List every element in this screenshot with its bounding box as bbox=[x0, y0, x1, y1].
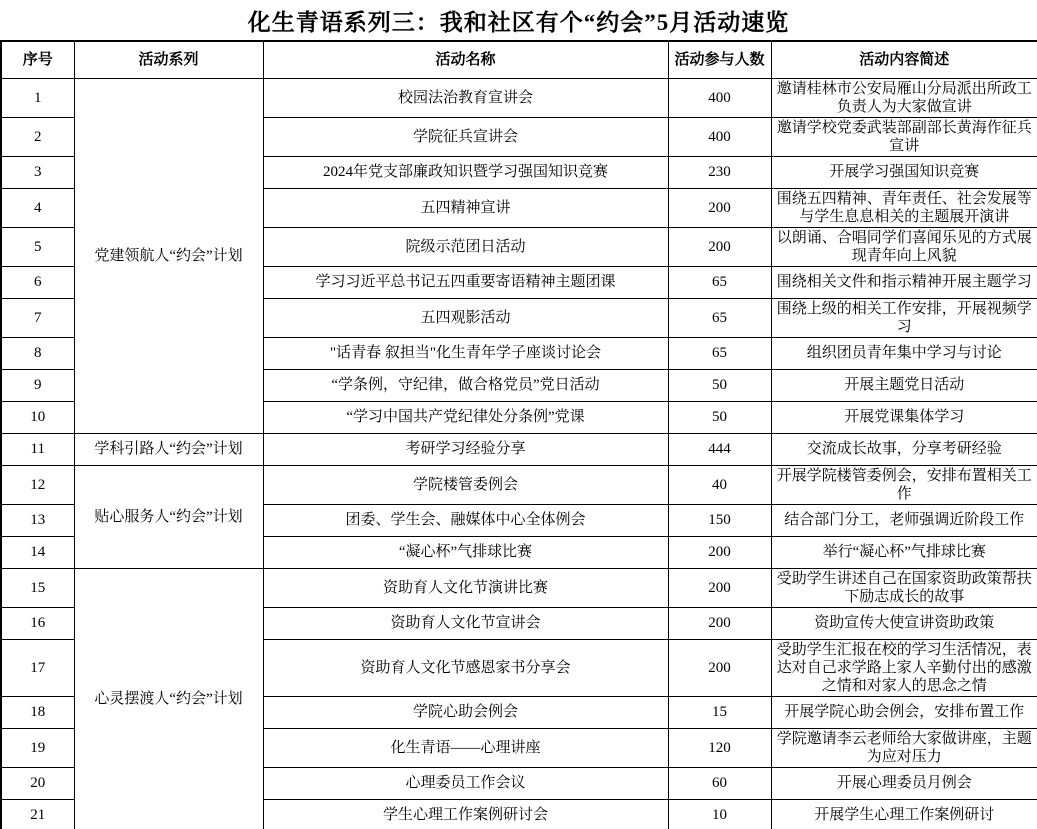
description-cell: 受助学生汇报在校的学习生活情况，表达对自己求学路上家人辛勤付出的感激之情和对家人… bbox=[771, 639, 1037, 696]
description-cell: 开展主题党日活动 bbox=[771, 369, 1037, 401]
row-number-cell: 21 bbox=[1, 799, 74, 829]
description-cell: 围绕上级的相关工作安排，开展视频学习 bbox=[771, 298, 1037, 337]
activity-name-cell: 五四观影活动 bbox=[263, 298, 668, 337]
participant-count-cell: 65 bbox=[668, 266, 771, 298]
description-cell: 受助学生讲述自己在国家资助政策帮扶下励志成长的故事 bbox=[771, 568, 1037, 607]
row-number-cell: 16 bbox=[1, 607, 74, 639]
description-cell: 邀请桂林市公安局雁山分局派出所政工负责人为大家做宣讲 bbox=[771, 78, 1037, 117]
activity-name-cell: “学条例，守纪律，做合格党员”党日活动 bbox=[263, 369, 668, 401]
description-cell: 结合部门分工，老师强调近阶段工作 bbox=[771, 504, 1037, 536]
description-cell: 举行“凝心杯”气排球比赛 bbox=[771, 536, 1037, 568]
activity-name-cell: 资助育人文化节感恩家书分享会 bbox=[263, 639, 668, 696]
description-cell: 资助宣传大使宣讲资助政策 bbox=[771, 607, 1037, 639]
activity-name-cell: 五四精神宣讲 bbox=[263, 188, 668, 227]
description-cell: 开展党课集体学习 bbox=[771, 401, 1037, 433]
header-activity-summary: 活动内容简述 bbox=[771, 41, 1037, 78]
activity-name-cell: 团委、学生会、融媒体中心全体例会 bbox=[263, 504, 668, 536]
participant-count-cell: 400 bbox=[668, 117, 771, 156]
activity-name-cell: 学院征兵宣讲会 bbox=[263, 117, 668, 156]
activity-name-cell: 学院心助会例会 bbox=[263, 696, 668, 728]
activity-name-cell: 学院楼管委例会 bbox=[263, 465, 668, 504]
activity-name-cell: 资助育人文化节演讲比赛 bbox=[263, 568, 668, 607]
participant-count-cell: 400 bbox=[668, 78, 771, 117]
participant-count-cell: 200 bbox=[668, 568, 771, 607]
participant-count-cell: 230 bbox=[668, 156, 771, 188]
participant-count-cell: 200 bbox=[668, 639, 771, 696]
activity-name-cell: 考研学习经验分享 bbox=[263, 433, 668, 465]
activity-name-cell: "话青春 叙担当"化生青年学子座谈讨论会 bbox=[263, 337, 668, 369]
series-cell: 贴心服务人“约会”计划 bbox=[74, 465, 263, 568]
participant-count-cell: 200 bbox=[668, 607, 771, 639]
row-number-cell: 9 bbox=[1, 369, 74, 401]
participant-count-cell: 200 bbox=[668, 188, 771, 227]
description-cell: 开展学院心助会例会，安排布置工作 bbox=[771, 696, 1037, 728]
table-body: 1 党建领航人“约会”计划校园法治教育宣讲会 400 邀请桂林市公安局雁山分局派… bbox=[1, 78, 1037, 829]
participant-count-cell: 60 bbox=[668, 767, 771, 799]
row-number-cell: 8 bbox=[1, 337, 74, 369]
table-row: 15 心灵摆渡人“约会”计划资助育人文化节演讲比赛 200 受助学生讲述自己在国… bbox=[1, 568, 1037, 607]
series-cell: 学科引路人“约会”计划 bbox=[74, 433, 263, 465]
description-cell: 开展学生心理工作案例研讨 bbox=[771, 799, 1037, 829]
activity-name-cell: “学习中国共产党纪律处分条例”党课 bbox=[263, 401, 668, 433]
participant-count-cell: 40 bbox=[668, 465, 771, 504]
description-cell: 组织团员青年集中学习与讨论 bbox=[771, 337, 1037, 369]
description-cell: 学院邀请李云老师给大家做讲座，主题为应对压力 bbox=[771, 728, 1037, 767]
participant-count-cell: 200 bbox=[668, 227, 771, 266]
row-number-cell: 15 bbox=[1, 568, 74, 607]
activity-name-cell: 校园法治教育宣讲会 bbox=[263, 78, 668, 117]
header-activity-series: 活动系列 bbox=[74, 41, 263, 78]
participant-count-cell: 50 bbox=[668, 401, 771, 433]
series-cell: 心灵摆渡人“约会”计划 bbox=[74, 568, 263, 829]
header-participant-count: 活动参与人数 bbox=[668, 41, 771, 78]
row-number-cell: 4 bbox=[1, 188, 74, 227]
row-number-cell: 13 bbox=[1, 504, 74, 536]
activity-name-cell: 资助育人文化节宣讲会 bbox=[263, 607, 668, 639]
table-row: 1 党建领航人“约会”计划校园法治教育宣讲会 400 邀请桂林市公安局雁山分局派… bbox=[1, 78, 1037, 117]
participant-count-cell: 200 bbox=[668, 536, 771, 568]
row-number-cell: 20 bbox=[1, 767, 74, 799]
row-number-cell: 3 bbox=[1, 156, 74, 188]
activity-name-cell: 学生心理工作案例研讨会 bbox=[263, 799, 668, 829]
page-title: 化生青语系列三：我和社区有个“约会”5月活动速览 bbox=[0, 0, 1037, 40]
description-cell: 交流成长故事，分享考研经验 bbox=[771, 433, 1037, 465]
row-number-cell: 17 bbox=[1, 639, 74, 696]
table-row: 11 学科引路人“约会”计划考研学习经验分享 444 交流成长故事，分享考研经验 bbox=[1, 433, 1037, 465]
page: 化生青语系列三：我和社区有个“约会”5月活动速览 序号 活动系列 活动名称 活动… bbox=[0, 0, 1037, 829]
description-cell: 开展学院楼管委例会，安排布置相关工作 bbox=[771, 465, 1037, 504]
row-number-cell: 12 bbox=[1, 465, 74, 504]
row-number-cell: 11 bbox=[1, 433, 74, 465]
header-seq-number: 序号 bbox=[1, 41, 74, 78]
participant-count-cell: 50 bbox=[668, 369, 771, 401]
row-number-cell: 5 bbox=[1, 227, 74, 266]
activity-name-cell: 2024年党支部廉政知识暨学习强国知识竞赛 bbox=[263, 156, 668, 188]
activity-name-cell: “凝心杯”气排球比赛 bbox=[263, 536, 668, 568]
participant-count-cell: 65 bbox=[668, 337, 771, 369]
table-header-row: 序号 活动系列 活动名称 活动参与人数 活动内容简述 bbox=[1, 41, 1037, 78]
row-number-cell: 6 bbox=[1, 266, 74, 298]
description-cell: 以朗诵、合唱同学们喜闻乐见的方式展现青年向上风貌 bbox=[771, 227, 1037, 266]
header-activity-name: 活动名称 bbox=[263, 41, 668, 78]
description-cell: 开展心理委员月例会 bbox=[771, 767, 1037, 799]
activity-table: 序号 活动系列 活动名称 活动参与人数 活动内容简述 1 党建领航人“约会”计划… bbox=[0, 40, 1037, 829]
row-number-cell: 19 bbox=[1, 728, 74, 767]
participant-count-cell: 10 bbox=[668, 799, 771, 829]
row-number-cell: 14 bbox=[1, 536, 74, 568]
participant-count-cell: 120 bbox=[668, 728, 771, 767]
participant-count-cell: 15 bbox=[668, 696, 771, 728]
row-number-cell: 18 bbox=[1, 696, 74, 728]
series-cell: 党建领航人“约会”计划 bbox=[74, 78, 263, 433]
activity-name-cell: 学习习近平总书记五四重要寄语精神主题团课 bbox=[263, 266, 668, 298]
description-cell: 围绕相关文件和指示精神开展主题学习 bbox=[771, 266, 1037, 298]
row-number-cell: 2 bbox=[1, 117, 74, 156]
activity-name-cell: 心理委员工作会议 bbox=[263, 767, 668, 799]
row-number-cell: 10 bbox=[1, 401, 74, 433]
activity-name-cell: 化生青语——心理讲座 bbox=[263, 728, 668, 767]
participant-count-cell: 150 bbox=[668, 504, 771, 536]
description-cell: 围绕五四精神、青年责任、社会发展等与学生息息相关的主题展开演讲 bbox=[771, 188, 1037, 227]
table-row: 12 贴心服务人“约会”计划学院楼管委例会 40 开展学院楼管委例会，安排布置相… bbox=[1, 465, 1037, 504]
participant-count-cell: 444 bbox=[668, 433, 771, 465]
activity-name-cell: 院级示范团日活动 bbox=[263, 227, 668, 266]
participant-count-cell: 65 bbox=[668, 298, 771, 337]
row-number-cell: 1 bbox=[1, 78, 74, 117]
description-cell: 开展学习强国知识竞赛 bbox=[771, 156, 1037, 188]
row-number-cell: 7 bbox=[1, 298, 74, 337]
description-cell: 邀请学校党委武装部副部长黄海作征兵宣讲 bbox=[771, 117, 1037, 156]
